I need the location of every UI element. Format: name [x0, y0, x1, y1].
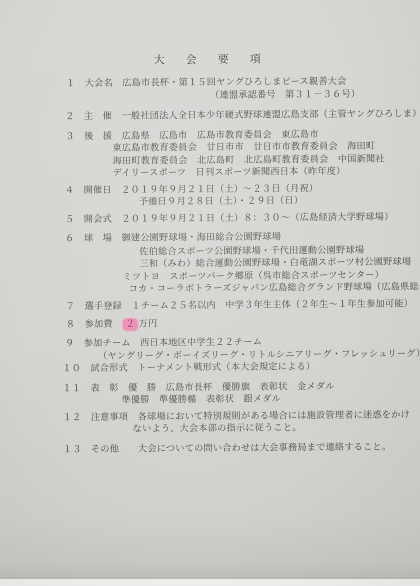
line-venues-1: ６ 球 場 御建公園野球場・海田総合公園野球場: [65, 231, 281, 245]
document-title: 大 会 要 項: [0, 49, 420, 68]
line-venues-5: コカ・コーラボトラーズジャパン広島総合グランド野球場（広島県総合グランド）: [129, 281, 420, 296]
line-reserve-dates: 予備日９月２８日（土）・２９日（日）: [139, 195, 303, 208]
fee-highlight-mark: ２: [123, 319, 137, 331]
line-opening-ceremony: ５ 開会式 ２０１９年９月２１日（土）８：３０～（広島経済大学野球場）: [65, 212, 394, 227]
photo-bottom-strip: [0, 579, 420, 586]
line-awards-1: １１ 表 彰 優 勝 広島市長杯 優勝旗 表彰状 金メダル: [62, 381, 334, 395]
line-supporters-2: 東広島市教育委員会 廿日市市 廿日市市教育委員会 海田町: [112, 141, 375, 155]
line-event-name: １ 大会名 広島市長杯・第１５回ヤングひろしまピース親善大会: [66, 76, 347, 90]
entry-fee-label: ８ 参加費: [66, 319, 122, 330]
line-player-registration: ７ 選手登録 １チーム２５名以内 中学３年生主体（２年生～１年生参加可能）: [66, 298, 413, 313]
line-entry-fee: ８ 参加費 ２万円: [66, 318, 158, 331]
document-photo: 大 会 要 項 １ 大会名 広島市長杯・第１５回ヤングひろしまピース親善大会 （…: [0, 0, 420, 586]
line-teams: ９ 参加チーム 西日本地区中学生２２チーム: [65, 337, 262, 351]
line-awards-2: 準優勝 準優勝楯 表彰状 銀メダル: [121, 393, 281, 406]
line-organizer: ２ 主 催 一般社団法人全日本少年硬式野球連盟広島支部（主管ヤングひろしま）: [65, 108, 420, 123]
document-page: 大 会 要 項 １ 大会名 広島市長杯・第１５回ヤングひろしまピース親善大会 （…: [0, 0, 420, 586]
entry-fee-unit: 万円: [139, 318, 158, 329]
line-other: １３ その他 大会についての問い合わせは大会事務局まで連絡すること。: [63, 442, 391, 457]
line-notes-2: ないよう、大会本部の指示に従うこと。: [133, 422, 302, 435]
line-approval-number: （連盟承認番号 第３１－３６号）: [210, 89, 360, 102]
line-venues-3: 三和（みわ）総合運動公園野球場・白竜湖スポーツ村公園野球場: [139, 256, 411, 270]
line-format: １０ 試合形式 トーナメント戦形式（本大会規定による）: [62, 361, 315, 375]
line-supporters-4: デイリースポーツ 日刊スポーツ新聞西日本（昨年度）: [113, 166, 346, 180]
